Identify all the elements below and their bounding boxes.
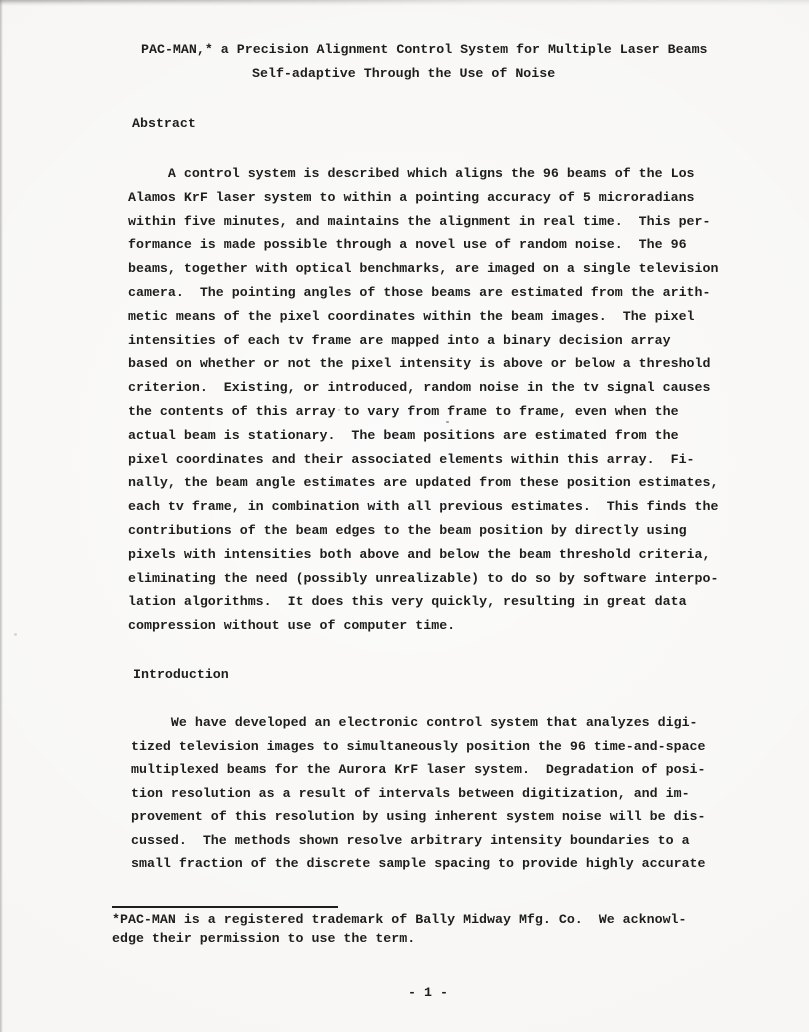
text-line: tized television images to simultaneousl… <box>131 735 706 759</box>
text-line: pixels with intensities both above and b… <box>128 543 718 567</box>
text-line: We have developed an electronic control … <box>131 711 706 735</box>
page-number: - 1 - <box>128 986 728 999</box>
text-line: beams, together with optical benchmarks,… <box>128 257 718 281</box>
text-line: Alamos KrF laser system to within a poin… <box>128 186 718 210</box>
text-line: actual beam is stationary. The beam posi… <box>128 424 718 448</box>
text-line: cussed. The methods shown resolve arbitr… <box>131 829 706 853</box>
text-line: lation algorithms. It does this very qui… <box>128 590 718 614</box>
text-line: multiplexed beams for the Aurora KrF las… <box>131 758 706 782</box>
text-line: formance is made possible through a nove… <box>128 233 718 257</box>
introduction-paragraph: We have developed an electronic control … <box>131 711 706 876</box>
section-heading-abstract: Abstract <box>132 117 196 130</box>
text-line: *PAC-MAN is a registered trademark of Ba… <box>112 911 687 930</box>
text-line: each tv frame, in combination with all p… <box>128 495 718 519</box>
text-line: provement of this resolution by using in… <box>131 805 706 829</box>
text-line: intensities of each tv frame are mapped … <box>128 329 718 353</box>
text-line: eliminating the need (possibly unrealiza… <box>128 567 718 591</box>
section-heading-introduction: Introduction <box>133 668 229 681</box>
text-line: small fraction of the discrete sample sp… <box>131 852 706 876</box>
document-title-line-1: PAC-MAN,* a Precision Alignment Control … <box>141 43 708 56</box>
text-line: nally, the beam angle estimates are upda… <box>128 471 718 495</box>
text-line: camera. The pointing angles of those bea… <box>128 281 718 305</box>
footnote-separator-rule <box>112 906 338 908</box>
text-line: based on whether or not the pixel intens… <box>128 352 718 376</box>
scan-artifact-left-edge <box>0 0 3 1032</box>
scanned-paper-page: PAC-MAN,* a Precision Alignment Control … <box>0 0 809 1032</box>
scan-artifact-top-edge <box>0 0 809 6</box>
text-line: contributions of the beam edges to the b… <box>128 519 718 543</box>
text-line: pixel coordinates and their associated e… <box>128 448 718 472</box>
abstract-paragraph: A control system is described which alig… <box>128 162 718 638</box>
text-line: metic means of the pixel coordinates wit… <box>128 305 718 329</box>
document-title-line-2: Self-adaptive Through the Use of Noise <box>252 67 555 80</box>
text-line: A control system is described which alig… <box>128 162 718 186</box>
text-line: criterion. Existing, or introduced, rand… <box>128 376 718 400</box>
text-line: compression without use of computer time… <box>128 614 718 638</box>
text-line: within five minutes, and maintains the a… <box>128 210 718 234</box>
text-line: edge their permission to use the term. <box>112 930 687 949</box>
text-line: tion resolution as a result of intervals… <box>131 782 706 806</box>
scan-speck <box>14 633 17 636</box>
footnote-text: *PAC-MAN is a registered trademark of Ba… <box>112 911 687 948</box>
text-line: the contents of this array to vary from … <box>128 400 718 424</box>
